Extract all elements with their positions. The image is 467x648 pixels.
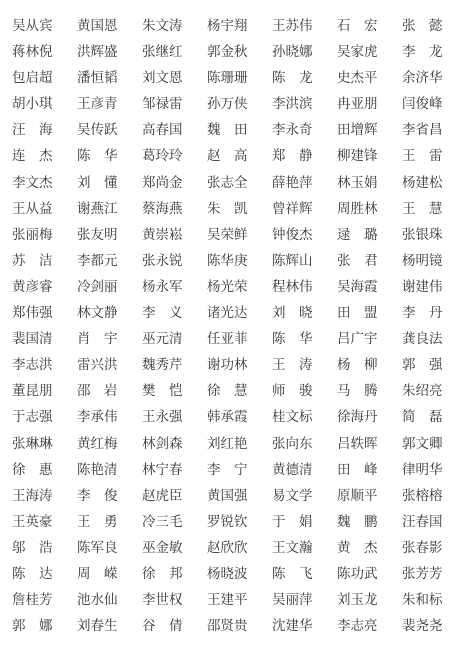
- name-cell: 赵 高: [207, 143, 272, 169]
- name-cell: 陈 达: [12, 561, 77, 587]
- name-cell: 樊 恺: [142, 378, 207, 404]
- name-cell: 苏 洁: [12, 248, 77, 274]
- name-cell: 裴尧尧: [402, 613, 467, 639]
- name-cell: 陈 龙: [272, 65, 337, 91]
- name-cell: 朱文涛: [142, 13, 207, 39]
- name-cell: 吴海霞: [337, 274, 402, 300]
- name-cell: 葛玲玲: [142, 143, 207, 169]
- name-cell: 陈华庚: [207, 248, 272, 274]
- name-cell: 冉亚朋: [337, 91, 402, 117]
- name-cell: 孙万侠: [207, 91, 272, 117]
- name-cell: 李志亮: [337, 613, 402, 639]
- name-list-page: 吴从宾黄国恩朱文涛杨宇翔王苏伟石 宏张 懿蒋林倪洪辉盛张继红郭金秋孙晓娜吴家虎李…: [0, 0, 467, 648]
- name-cell: 巫金敏: [142, 535, 207, 561]
- name-cell: 陈 华: [272, 326, 337, 352]
- name-cell: 于 娟: [272, 509, 337, 535]
- name-cell: 吴荣鲜: [207, 222, 272, 248]
- name-cell: 周 嵘: [77, 561, 142, 587]
- name-cell: 王彦青: [77, 91, 142, 117]
- name-cell: 冷剑丽: [77, 274, 142, 300]
- name-cell: 张继红: [142, 39, 207, 65]
- name-cell: 王文瀚: [272, 535, 337, 561]
- name-cell: 谷 倩: [142, 613, 207, 639]
- name-cell: 蔡海燕: [142, 196, 207, 222]
- name-cell: 薛艳萍: [272, 170, 337, 196]
- name-cell: 陈 华: [77, 143, 142, 169]
- name-cell: 魏 鹏: [337, 509, 402, 535]
- name-cell: 李洪滨: [272, 91, 337, 117]
- name-cell: 师 骏: [272, 378, 337, 404]
- name-cell: 雷兴洪: [77, 352, 142, 378]
- name-cell: 汪 海: [12, 117, 77, 143]
- name-cell: 邬 浩: [12, 535, 77, 561]
- name-cell: 董昆朋: [12, 378, 77, 404]
- name-cell: 王英豪: [12, 509, 77, 535]
- name-cell: 黄彦睿: [12, 274, 77, 300]
- name-cell: 谢建伟: [402, 274, 467, 300]
- name-cell: 杨光荣: [207, 274, 272, 300]
- name-cell: 徐海丹: [337, 404, 402, 430]
- name-cell: 徐 惠: [12, 457, 77, 483]
- name-cell: 洪辉盛: [77, 39, 142, 65]
- name-cell: 汪春国: [402, 509, 467, 535]
- name-cell: 黄国强: [207, 483, 272, 509]
- name-cell: 张榕榕: [402, 483, 467, 509]
- name-cell: 张芳芳: [402, 561, 467, 587]
- name-cell: 王 涛: [272, 352, 337, 378]
- name-cell: 赵欣欣: [207, 535, 272, 561]
- name-cell: 王苏伟: [272, 13, 337, 39]
- name-cell: 闫俊峰: [402, 91, 467, 117]
- name-cell: 郭 强: [402, 352, 467, 378]
- name-cell: 李 义: [142, 300, 207, 326]
- name-cell: 张友明: [77, 222, 142, 248]
- name-cell: 吕广宇: [337, 326, 402, 352]
- name-cell: 潘恒韬: [77, 65, 142, 91]
- name-cell: 李都元: [77, 248, 142, 274]
- name-cell: 陈辉山: [272, 248, 337, 274]
- name-cell: 史杰平: [337, 65, 402, 91]
- name-cell: 韩承霞: [207, 404, 272, 430]
- name-cell: 李 宁: [207, 457, 272, 483]
- name-cell: 王 雷: [402, 143, 467, 169]
- name-cell: 于志强: [12, 404, 77, 430]
- name-cell: 朱和标: [402, 587, 467, 613]
- name-cell: 吴丽萍: [272, 587, 337, 613]
- name-cell: 高春国: [142, 117, 207, 143]
- name-cell: 詹桂芳: [12, 587, 77, 613]
- name-cell: 林玉娟: [337, 170, 402, 196]
- name-cell: 李 龙: [402, 39, 467, 65]
- name-cell: 吴家虎: [337, 39, 402, 65]
- name-grid: 吴从宾黄国恩朱文涛杨宇翔王苏伟石 宏张 懿蒋林倪洪辉盛张继红郭金秋孙晓娜吴家虎李…: [12, 13, 467, 639]
- name-cell: 谢燕江: [77, 196, 142, 222]
- name-cell: 胡小琪: [12, 91, 77, 117]
- name-cell: 桂文标: [272, 404, 337, 430]
- name-cell: 刘文恩: [142, 65, 207, 91]
- name-cell: 李 俊: [77, 483, 142, 509]
- name-cell: 陈 飞: [272, 561, 337, 587]
- name-cell: 郑伟强: [12, 300, 77, 326]
- name-cell: 杨永军: [142, 274, 207, 300]
- name-cell: 张志全: [207, 170, 272, 196]
- name-cell: 田 峰: [337, 457, 402, 483]
- name-cell: 黄崇崧: [142, 222, 207, 248]
- name-cell: 林剑森: [142, 431, 207, 457]
- name-cell: 杨宇翔: [207, 13, 272, 39]
- name-cell: 郑尚金: [142, 170, 207, 196]
- name-cell: 陈珊珊: [207, 65, 272, 91]
- name-cell: 林宁春: [142, 457, 207, 483]
- name-cell: 杨建松: [402, 170, 467, 196]
- name-cell: 黄国恩: [77, 13, 142, 39]
- name-cell: 郭金秋: [207, 39, 272, 65]
- name-cell: 王从益: [12, 196, 77, 222]
- name-cell: 诸光达: [207, 300, 272, 326]
- name-cell: 魏秀芹: [142, 352, 207, 378]
- name-cell: 余济华: [402, 65, 467, 91]
- name-cell: 罗锐钦: [207, 509, 272, 535]
- name-cell: 黄德清: [272, 457, 337, 483]
- name-cell: 杨明镜: [402, 248, 467, 274]
- name-cell: 李世权: [142, 587, 207, 613]
- name-cell: 张 君: [337, 248, 402, 274]
- name-cell: 郑 静: [272, 143, 337, 169]
- name-cell: 陈功武: [337, 561, 402, 587]
- name-cell: 裴国清: [12, 326, 77, 352]
- name-cell: 谢功林: [207, 352, 272, 378]
- name-cell: 肖 宇: [77, 326, 142, 352]
- name-cell: 田增辉: [337, 117, 402, 143]
- name-cell: 邵 岩: [77, 378, 142, 404]
- name-cell: 连 杰: [12, 143, 77, 169]
- name-cell: 周胜林: [337, 196, 402, 222]
- name-cell: 吕轶晖: [337, 431, 402, 457]
- name-cell: 李 丹: [402, 300, 467, 326]
- name-cell: 陈军良: [77, 535, 142, 561]
- name-cell: 吴从宾: [12, 13, 77, 39]
- name-cell: 朱 凯: [207, 196, 272, 222]
- name-cell: 王海涛: [12, 483, 77, 509]
- name-cell: 赵虎臣: [142, 483, 207, 509]
- name-cell: 黄 杰: [337, 535, 402, 561]
- name-cell: 钟俊杰: [272, 222, 337, 248]
- name-cell: 刘 晓: [272, 300, 337, 326]
- name-cell: 张向东: [272, 431, 337, 457]
- name-cell: 王永强: [142, 404, 207, 430]
- name-cell: 李文杰: [12, 170, 77, 196]
- name-cell: 郭 娜: [12, 613, 77, 639]
- name-cell: 池水仙: [77, 587, 142, 613]
- name-cell: 张永锐: [142, 248, 207, 274]
- name-cell: 李志洪: [12, 352, 77, 378]
- name-cell: 任亚菲: [207, 326, 272, 352]
- name-cell: 杨晓波: [207, 561, 272, 587]
- name-cell: 刘玉龙: [337, 587, 402, 613]
- name-cell: 马 腾: [337, 378, 402, 404]
- name-cell: 邹禄雷: [142, 91, 207, 117]
- name-cell: 李永奇: [272, 117, 337, 143]
- name-cell: 程林伟: [272, 274, 337, 300]
- name-cell: 原顺平: [337, 483, 402, 509]
- name-cell: 王建平: [207, 587, 272, 613]
- name-cell: 朱绍亮: [402, 378, 467, 404]
- name-cell: 石 宏: [337, 13, 402, 39]
- name-cell: 冷三毛: [142, 509, 207, 535]
- name-cell: 魏 田: [207, 117, 272, 143]
- name-cell: 孙晓娜: [272, 39, 337, 65]
- name-cell: 张银珠: [402, 222, 467, 248]
- name-cell: 王 勇: [77, 509, 142, 535]
- name-cell: 黄红梅: [77, 431, 142, 457]
- name-cell: 邵贤贵: [207, 613, 272, 639]
- name-cell: 刘春生: [77, 613, 142, 639]
- name-cell: 徐 邦: [142, 561, 207, 587]
- name-cell: 林文静: [77, 300, 142, 326]
- name-cell: 杨 柳: [337, 352, 402, 378]
- name-cell: 律明华: [402, 457, 467, 483]
- name-cell: 柳建锋: [337, 143, 402, 169]
- name-cell: 曾祥辉: [272, 196, 337, 222]
- name-cell: 沈建华: [272, 613, 337, 639]
- name-cell: 龚良法: [402, 326, 467, 352]
- name-cell: 郭文卿: [402, 431, 467, 457]
- name-cell: 简 磊: [402, 404, 467, 430]
- name-cell: 王 慧: [402, 196, 467, 222]
- name-cell: 包启超: [12, 65, 77, 91]
- name-cell: 李省昌: [402, 117, 467, 143]
- name-cell: 刘 懂: [77, 170, 142, 196]
- name-cell: 逯 璐: [337, 222, 402, 248]
- name-cell: 刘红艳: [207, 431, 272, 457]
- name-cell: 张春影: [402, 535, 467, 561]
- name-cell: 张 懿: [402, 13, 467, 39]
- name-cell: 陈艳清: [77, 457, 142, 483]
- name-cell: 李承伟: [77, 404, 142, 430]
- name-cell: 张丽梅: [12, 222, 77, 248]
- name-cell: 徐 慧: [207, 378, 272, 404]
- name-cell: 易文学: [272, 483, 337, 509]
- name-cell: 吴传跃: [77, 117, 142, 143]
- name-cell: 田 盟: [337, 300, 402, 326]
- name-cell: 蒋林倪: [12, 39, 77, 65]
- name-cell: 张琳琳: [12, 431, 77, 457]
- name-cell: 巫元清: [142, 326, 207, 352]
